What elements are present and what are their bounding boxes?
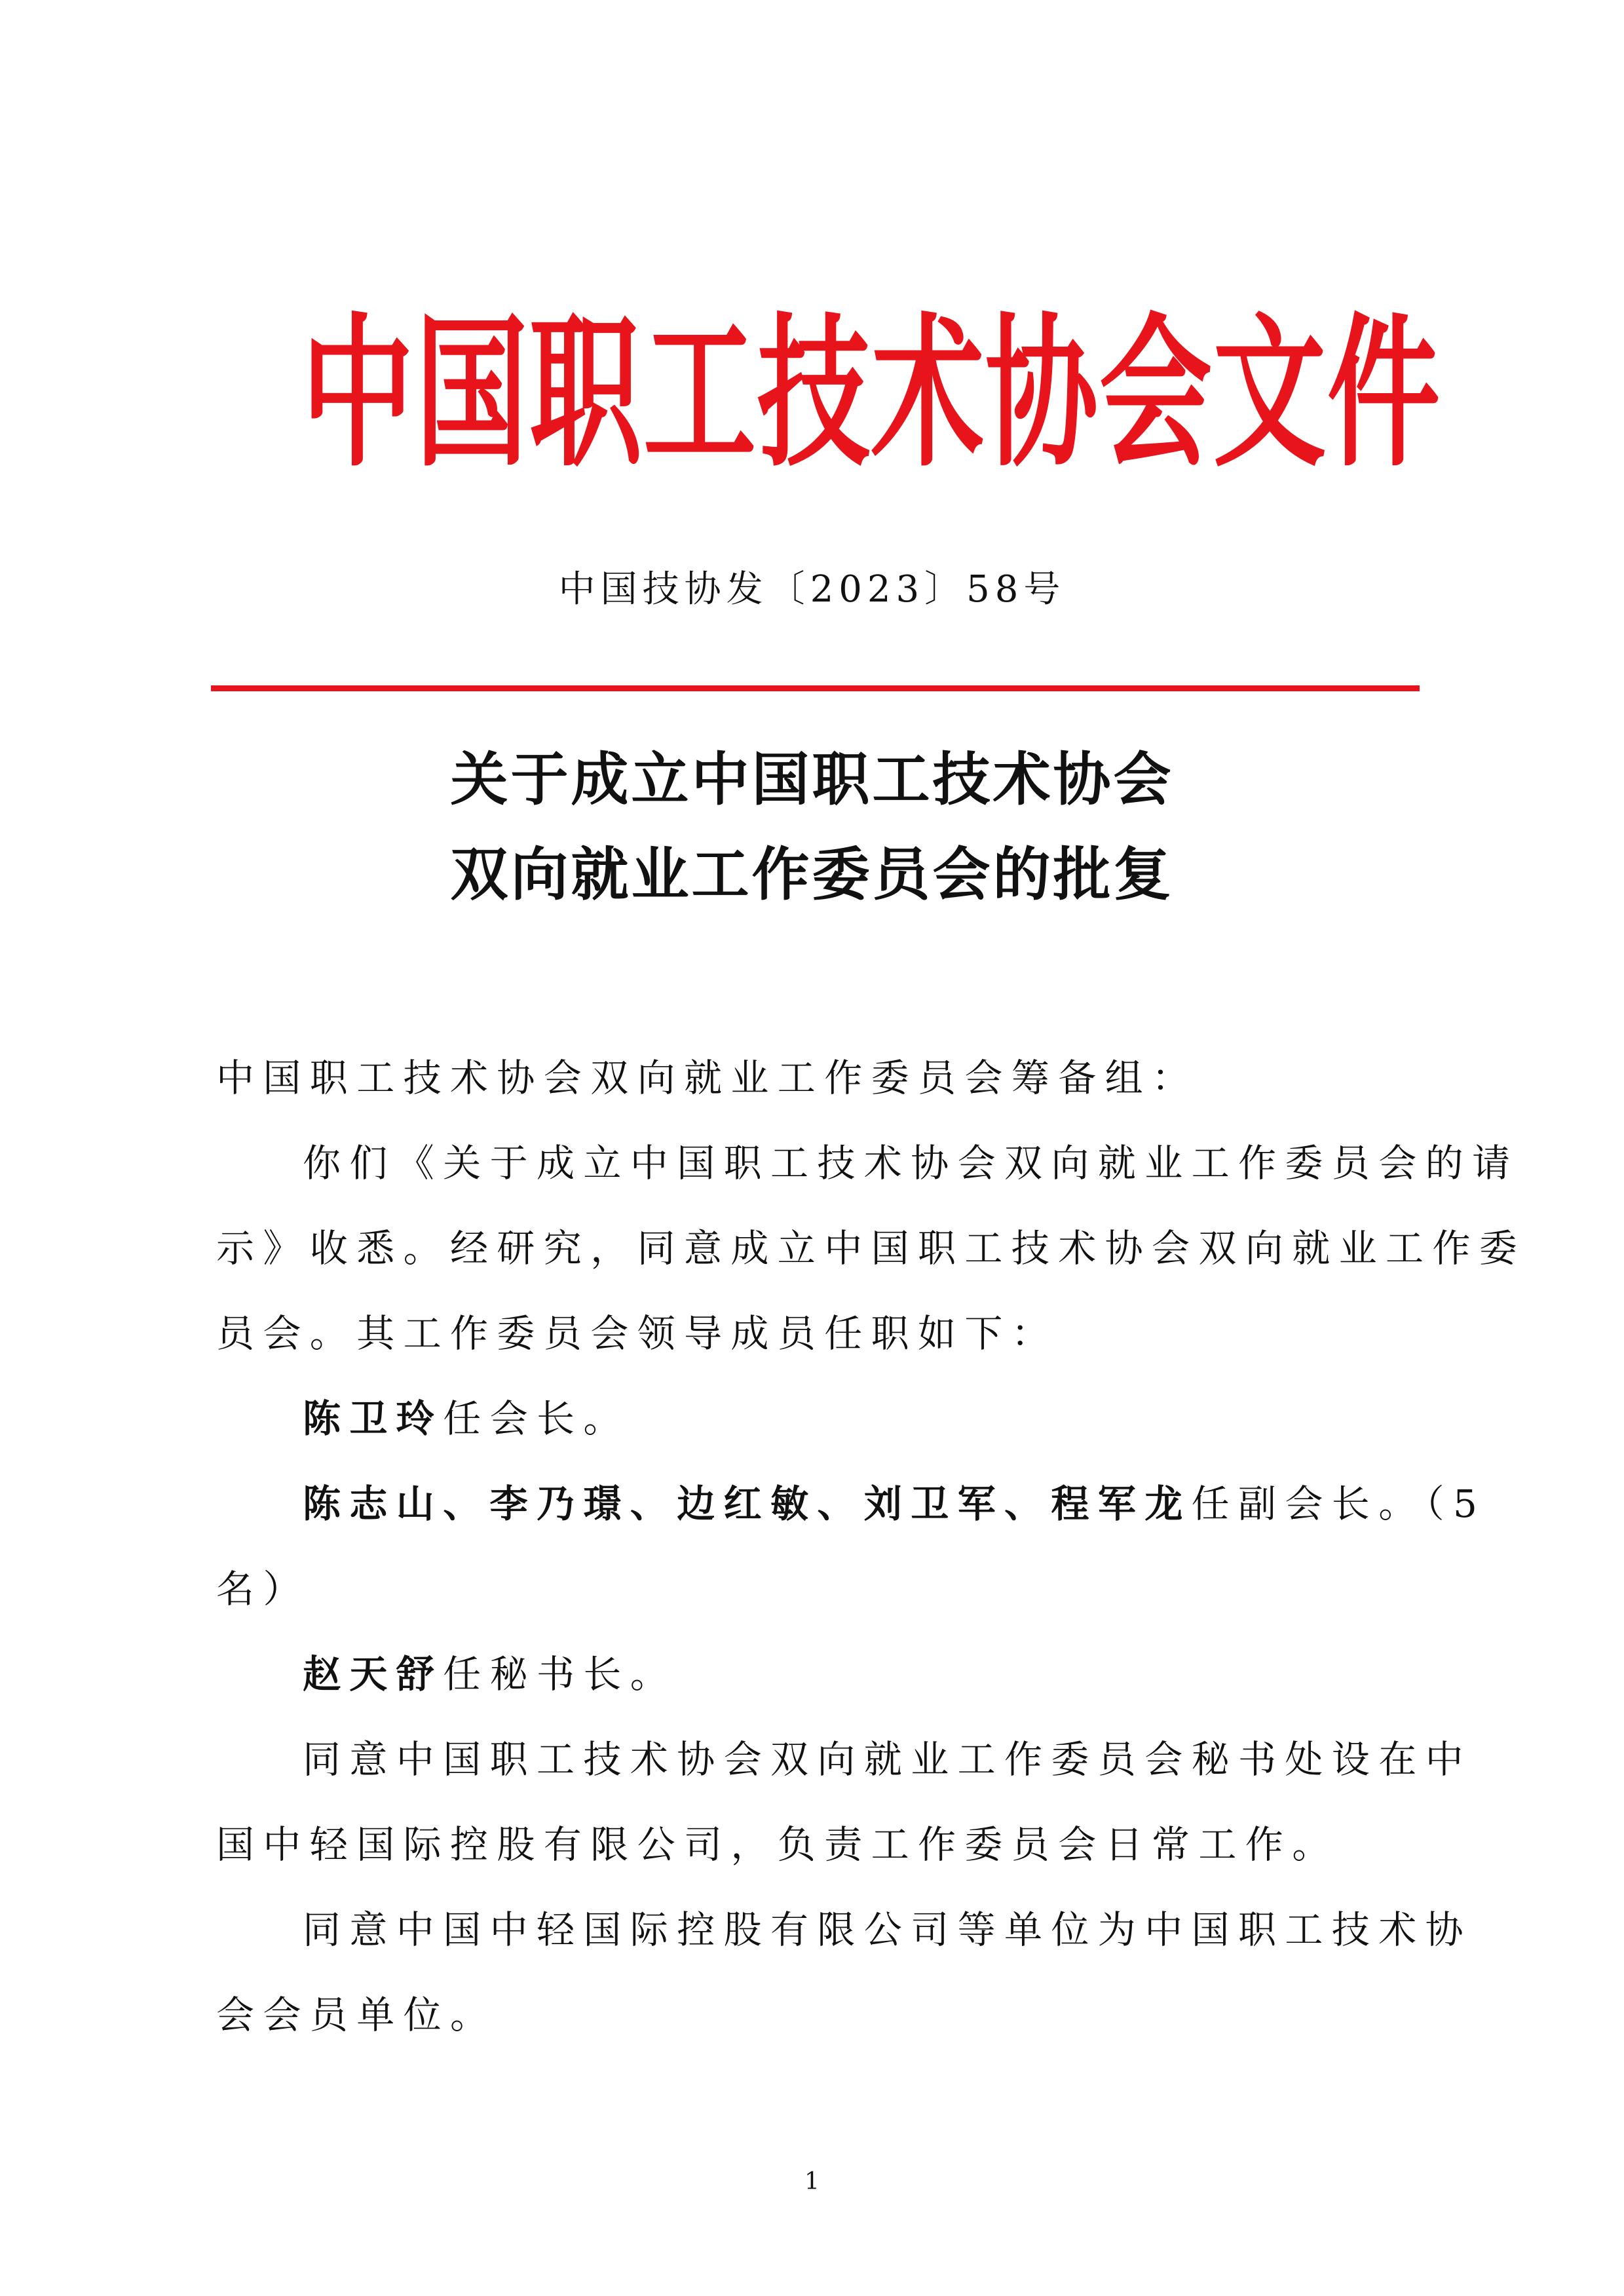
vice-president-role: 任副会长。（5 [1192, 1482, 1486, 1526]
document-body: 中国职工技术协会双向就业工作委员会筹备组： 你们《关于成立中国职工技术协会双向就… [216, 1035, 1422, 2057]
president-role: 任会长。 [443, 1396, 630, 1441]
document-page: 中国职工技术协会文件 中国技协发〔2023〕58号 关于成立中国职工技术协会 双… [0, 0, 1624, 2296]
vice-president-names: 陈志山、李乃璟、边红敏、刘卫军、程军龙 [303, 1482, 1192, 1526]
document-number: 中国技协发〔2023〕58号 [0, 560, 1624, 619]
document-title-line-1: 关于成立中国职工技术协会 [0, 744, 1624, 816]
document-title-line-2: 双向就业工作委员会的批复 [0, 839, 1624, 911]
vice-president-count-tail: 名） [216, 1546, 1422, 1632]
appointment-secretary-general: 赵天舒任秘书长。 [216, 1632, 1422, 1717]
paragraph-2-line-1: 同意中国职工技术协会双向就业工作委员会秘书处设在中 [216, 1717, 1422, 1802]
masthead-title: 中国职工技术协会文件 [301, 270, 1330, 517]
red-divider-rule [211, 685, 1420, 691]
president-name: 陈卫玲 [303, 1396, 443, 1441]
appointment-vice-presidents: 陈志山、李乃璟、边红敏、刘卫军、程军龙任副会长。（5 [216, 1461, 1422, 1546]
paragraph-2-line-2: 国中轻国际控股有限公司，负责工作委员会日常工作。 [216, 1802, 1422, 1887]
page-number: 1 [0, 2166, 1624, 2198]
paragraph-3-line-2: 会会员单位。 [216, 1972, 1422, 2057]
secretary-general-name: 赵天舒 [303, 1652, 443, 1696]
paragraph-3-line-1: 同意中国中轻国际控股有限公司等单位为中国职工技术协 [216, 1887, 1422, 1972]
paragraph-1-line-2: 示》收悉。经研究，同意成立中国职工技术协会双向就业工作委 [216, 1206, 1422, 1291]
addressee: 中国职工技术协会双向就业工作委员会筹备组： [216, 1035, 1422, 1120]
secretary-general-role: 任秘书长。 [443, 1652, 677, 1696]
paragraph-1-line-1: 你们《关于成立中国职工技术协会双向就业工作委员会的请 [216, 1120, 1422, 1206]
appointment-president: 陈卫玲任会长。 [216, 1376, 1422, 1461]
paragraph-1-line-3: 员会。其工作委员会领导成员任职如下： [216, 1291, 1422, 1376]
